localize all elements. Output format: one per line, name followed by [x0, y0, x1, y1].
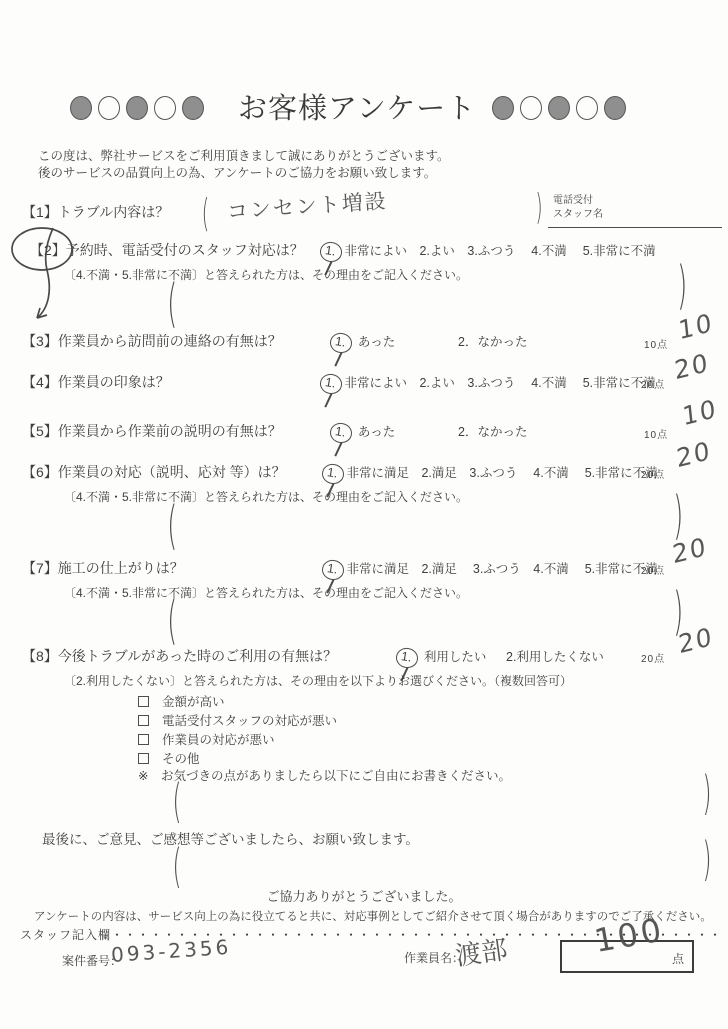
q2-reason-bracket-close	[677, 260, 687, 312]
checkbox-icon	[138, 734, 149, 745]
q3-options: 1. あった	[330, 332, 395, 353]
closing-bracket-close	[702, 836, 711, 882]
checkbox-icon	[138, 753, 149, 764]
q6-reason-note: 〔4.不満・5.非常に不満〕と答えられた方は、その理由をご記入ください。	[64, 488, 468, 505]
q5-circled-answer: 1.	[329, 421, 354, 444]
q8-checkbox-label: 電話受付スタッフの対応が悪い	[162, 711, 337, 729]
decor-dot-outline-icon	[154, 96, 176, 120]
q1-answer-bracket-open	[202, 194, 209, 232]
q8-checkbox-row: 作業員の対応が悪い	[138, 730, 275, 748]
q8-label: 【8】今後トラブルがあった時のご利用の有無は？	[22, 646, 337, 666]
q8-free-bracket-open	[172, 778, 181, 824]
q2-options: 1.非常によい 2.よい 3.ふつう 4.不満 5.非常に不満	[320, 241, 656, 262]
closing-prompt: 最後に、ご意見、ご感想等ございましたら、お願い致します。	[42, 828, 419, 848]
q4-options: 1.非常によい 2.よい 3.ふつう 4.不満 5.非常に不満	[320, 373, 656, 394]
q8-reason-note: 〔2.利用したくない〕と答えられた方は、その理由を以下よりお選びください。（複数…	[64, 672, 572, 689]
q4-circled-answer: 1.	[319, 372, 344, 395]
q8-checkbox-row: その他	[138, 749, 200, 767]
survey-scan-page: お客様アンケート この度は、弊社サービスをご利用頂きまして誠にありがとうございま…	[0, 0, 728, 1029]
q6-options-rest: 2.満足 3.ふつう 4.不満 5.非常に不満	[421, 466, 657, 480]
intro-line-1: この度は、弊社サービスをご利用頂きまして誠にありがとうございます。	[38, 148, 450, 165]
q8-checkbox-row: 金額が高い	[138, 692, 225, 710]
header-decor-left	[70, 96, 204, 120]
intro-text: この度は、弊社サービスをご利用頂きまして誠にありがとうございます。 後のサービス…	[38, 148, 450, 182]
q8-checkbox-label: 金額が高い	[162, 692, 225, 710]
q2-options-rest: 2.よい 3.ふつう 4.不満 5.非常に不満	[419, 244, 655, 258]
q8-free-note: ※ お気づきの点がありましたら以下にご自由にお書きください。	[138, 766, 511, 784]
q2-option1-label: 非常によい	[344, 244, 407, 258]
q4-option1-label: 非常によい	[344, 376, 407, 390]
q7-options: 1.非常に満足 2.満足 3.ふつう 4.不満 5.非常に不満	[322, 559, 658, 580]
checkbox-icon	[138, 696, 149, 707]
decor-dot-filled-icon	[70, 96, 92, 120]
q1-handwritten-answer: コンセント増設	[226, 185, 389, 226]
q3-label: 【3】作業員から訪問前の連絡の有無は？	[22, 331, 282, 351]
decor-dot-outline-icon	[576, 96, 598, 120]
q8-circled-answer: 1.	[395, 646, 420, 669]
q8-checkbox-label: 作業員の対応が悪い	[162, 730, 275, 748]
q4-label: 【4】作業員の印象は？	[22, 372, 170, 392]
q8-option2-label: 2.利用したくない	[506, 647, 604, 665]
q3-option1-label: あった	[358, 335, 395, 349]
q5-points-label: 10点	[644, 426, 668, 441]
checkbox-icon	[138, 715, 149, 726]
q7-points-label: 20点	[641, 562, 665, 577]
q4-handwritten-score: 20	[673, 348, 711, 386]
q2-circled-answer: 1.	[319, 240, 344, 263]
q6-circled-answer: 1.	[321, 462, 346, 485]
phone-staff-labels: 電話受付 スタッフ名	[553, 194, 603, 222]
q6-reason-bracket-open	[167, 500, 177, 552]
q3-option2-label: 2．なかった	[458, 332, 527, 350]
q8-checkbox-row: 電話受付スタッフの対応が悪い	[138, 711, 337, 729]
decor-dot-filled-icon	[126, 96, 148, 120]
q3-circled-answer: 1.	[329, 331, 354, 354]
header-decor-right	[492, 96, 626, 120]
q7-options-rest: 2.満足 3.ふつう 4.不満 5.非常に不満	[421, 562, 657, 576]
q1-label: 【1】トラブル内容は？	[22, 202, 169, 222]
intro-line-2: 後のサービスの品質向上の為、アンケートのご協力をお願い致します。	[38, 165, 450, 182]
q7-label: 【7】施工の仕上がりは？	[22, 558, 184, 578]
staff-entry-label: スタッフ記入欄	[20, 928, 111, 942]
worker-name-handwritten: 渡部	[453, 929, 510, 973]
decor-dot-filled-icon	[492, 96, 514, 120]
total-score-unit: 点	[672, 950, 684, 967]
q6-points-label: 20点	[641, 466, 665, 481]
q4-points-label: 20点	[641, 376, 665, 391]
q5-option1-label: あった	[358, 425, 395, 439]
staff-name-label: スタッフ名	[553, 208, 603, 222]
q3-points-label: 10点	[644, 336, 668, 351]
q8-option1-label: 利用したい	[424, 650, 487, 664]
q8-points-label: 20点	[641, 650, 665, 665]
q7-reason-note: 〔4.不満・5.非常に不満〕と答えられた方は、その理由をご記入ください。	[64, 584, 468, 601]
q8-free-bracket-close	[702, 770, 711, 816]
q8-checkbox-label: その他	[162, 749, 200, 767]
phone-staff-bracket	[536, 190, 543, 226]
q6-options: 1.非常に満足 2.満足 3.ふつう 4.不満 5.非常に不満	[322, 463, 658, 484]
decor-dot-outline-icon	[520, 96, 542, 120]
decor-dot-outline-icon	[98, 96, 120, 120]
phone-reception-label: 電話受付	[553, 194, 603, 208]
staff-name-underline	[548, 227, 722, 228]
q2-label: 【2】予約時、電話受付のスタッフ対応は？	[30, 240, 304, 260]
q4-options-rest: 2.よい 3.ふつう 4.不満 5.非常に不満	[419, 376, 655, 390]
page-title: お客様アンケート	[238, 86, 476, 127]
q5-option2-label: 2．なかった	[458, 422, 527, 440]
q2-reason-bracket-open	[167, 278, 177, 330]
closing-bracket-open	[172, 843, 181, 889]
q8-options: 1. 利用したい	[396, 647, 486, 668]
decor-dot-filled-icon	[182, 96, 204, 120]
q6-label: 【6】作業員の対応（説明、応対 等）は？	[22, 462, 286, 482]
q6-reason-bracket-close	[673, 490, 683, 542]
q5-options: 1. あった	[330, 422, 395, 443]
decor-dot-filled-icon	[604, 96, 626, 120]
q6-handwritten-score: 20	[675, 436, 713, 474]
q5-label: 【5】作業員から作業前の説明の有無は？	[22, 421, 282, 441]
q5-handwritten-score: 10	[681, 394, 719, 432]
q7-option1-label: 非常に満足	[346, 562, 409, 576]
q7-reason-bracket-open	[167, 595, 177, 647]
thanks-text: ご協力ありがとうございました。	[0, 886, 728, 905]
q2-reason-note: 〔4.不満・5.非常に不満〕と答えられた方は、その理由をご記入ください。	[64, 266, 468, 283]
decor-dot-filled-icon	[548, 96, 570, 120]
q6-option1-label: 非常に満足	[346, 466, 409, 480]
q7-circled-answer: 1.	[321, 558, 346, 581]
